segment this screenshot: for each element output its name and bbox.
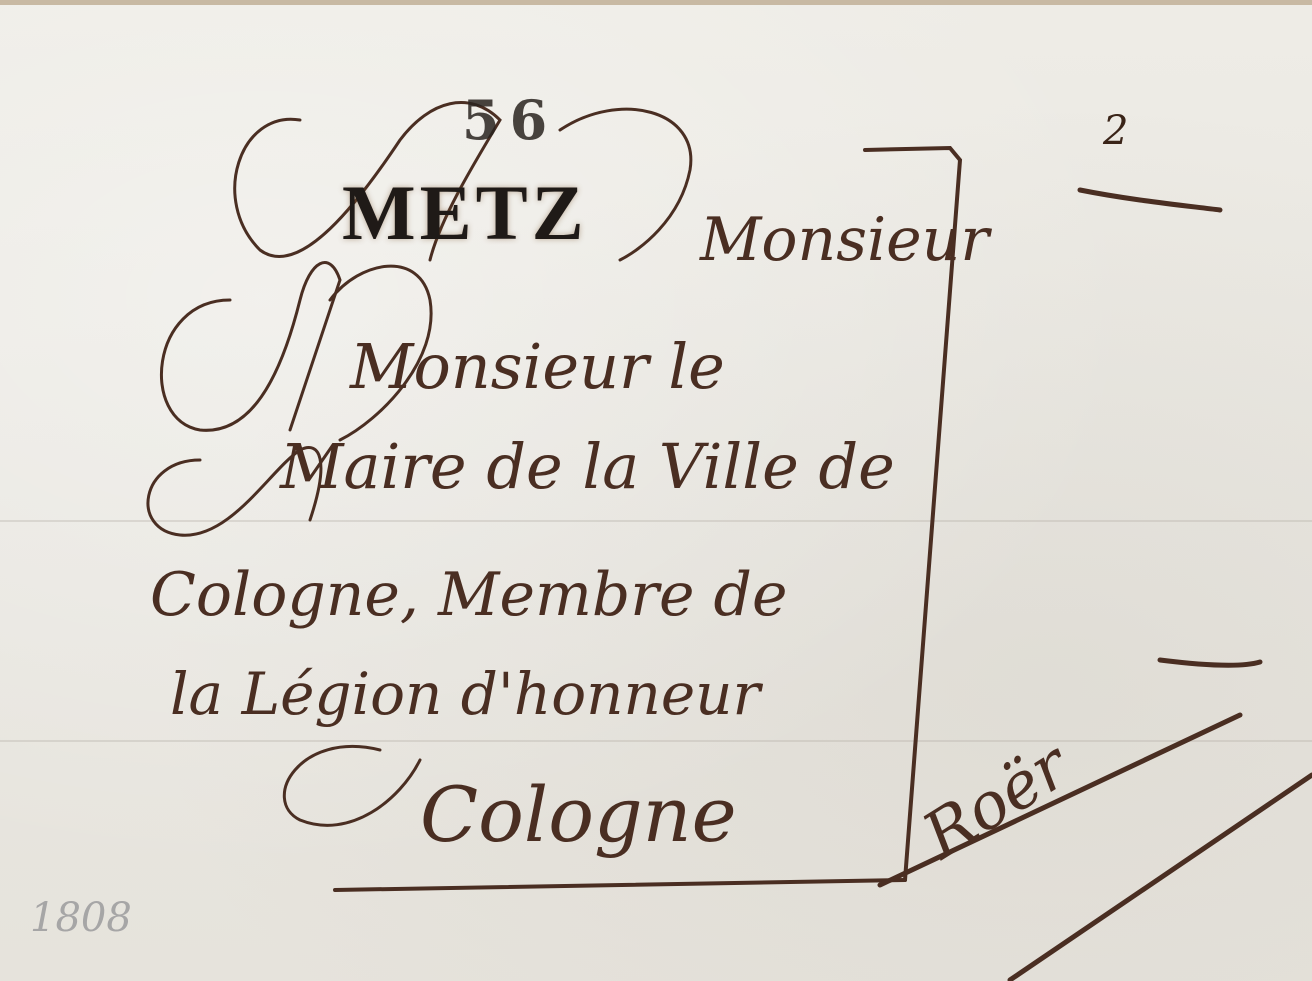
postmark-number: 56 bbox=[462, 88, 557, 152]
address-line-3: Maire de la Ville de bbox=[280, 430, 895, 503]
postage-rate-mark: 2 bbox=[1103, 108, 1128, 154]
pencil-date-note: 1808 bbox=[30, 895, 132, 941]
address-line-5: la Légion d'honneur bbox=[170, 660, 760, 728]
address-line-1: Monsieur bbox=[700, 205, 989, 275]
address-line-4: Cologne, Membre de bbox=[150, 560, 787, 630]
address-line-6-city: Cologne bbox=[420, 770, 737, 859]
address-line-2: Monsieur le bbox=[350, 330, 725, 403]
postmark-city: METZ bbox=[342, 168, 588, 258]
